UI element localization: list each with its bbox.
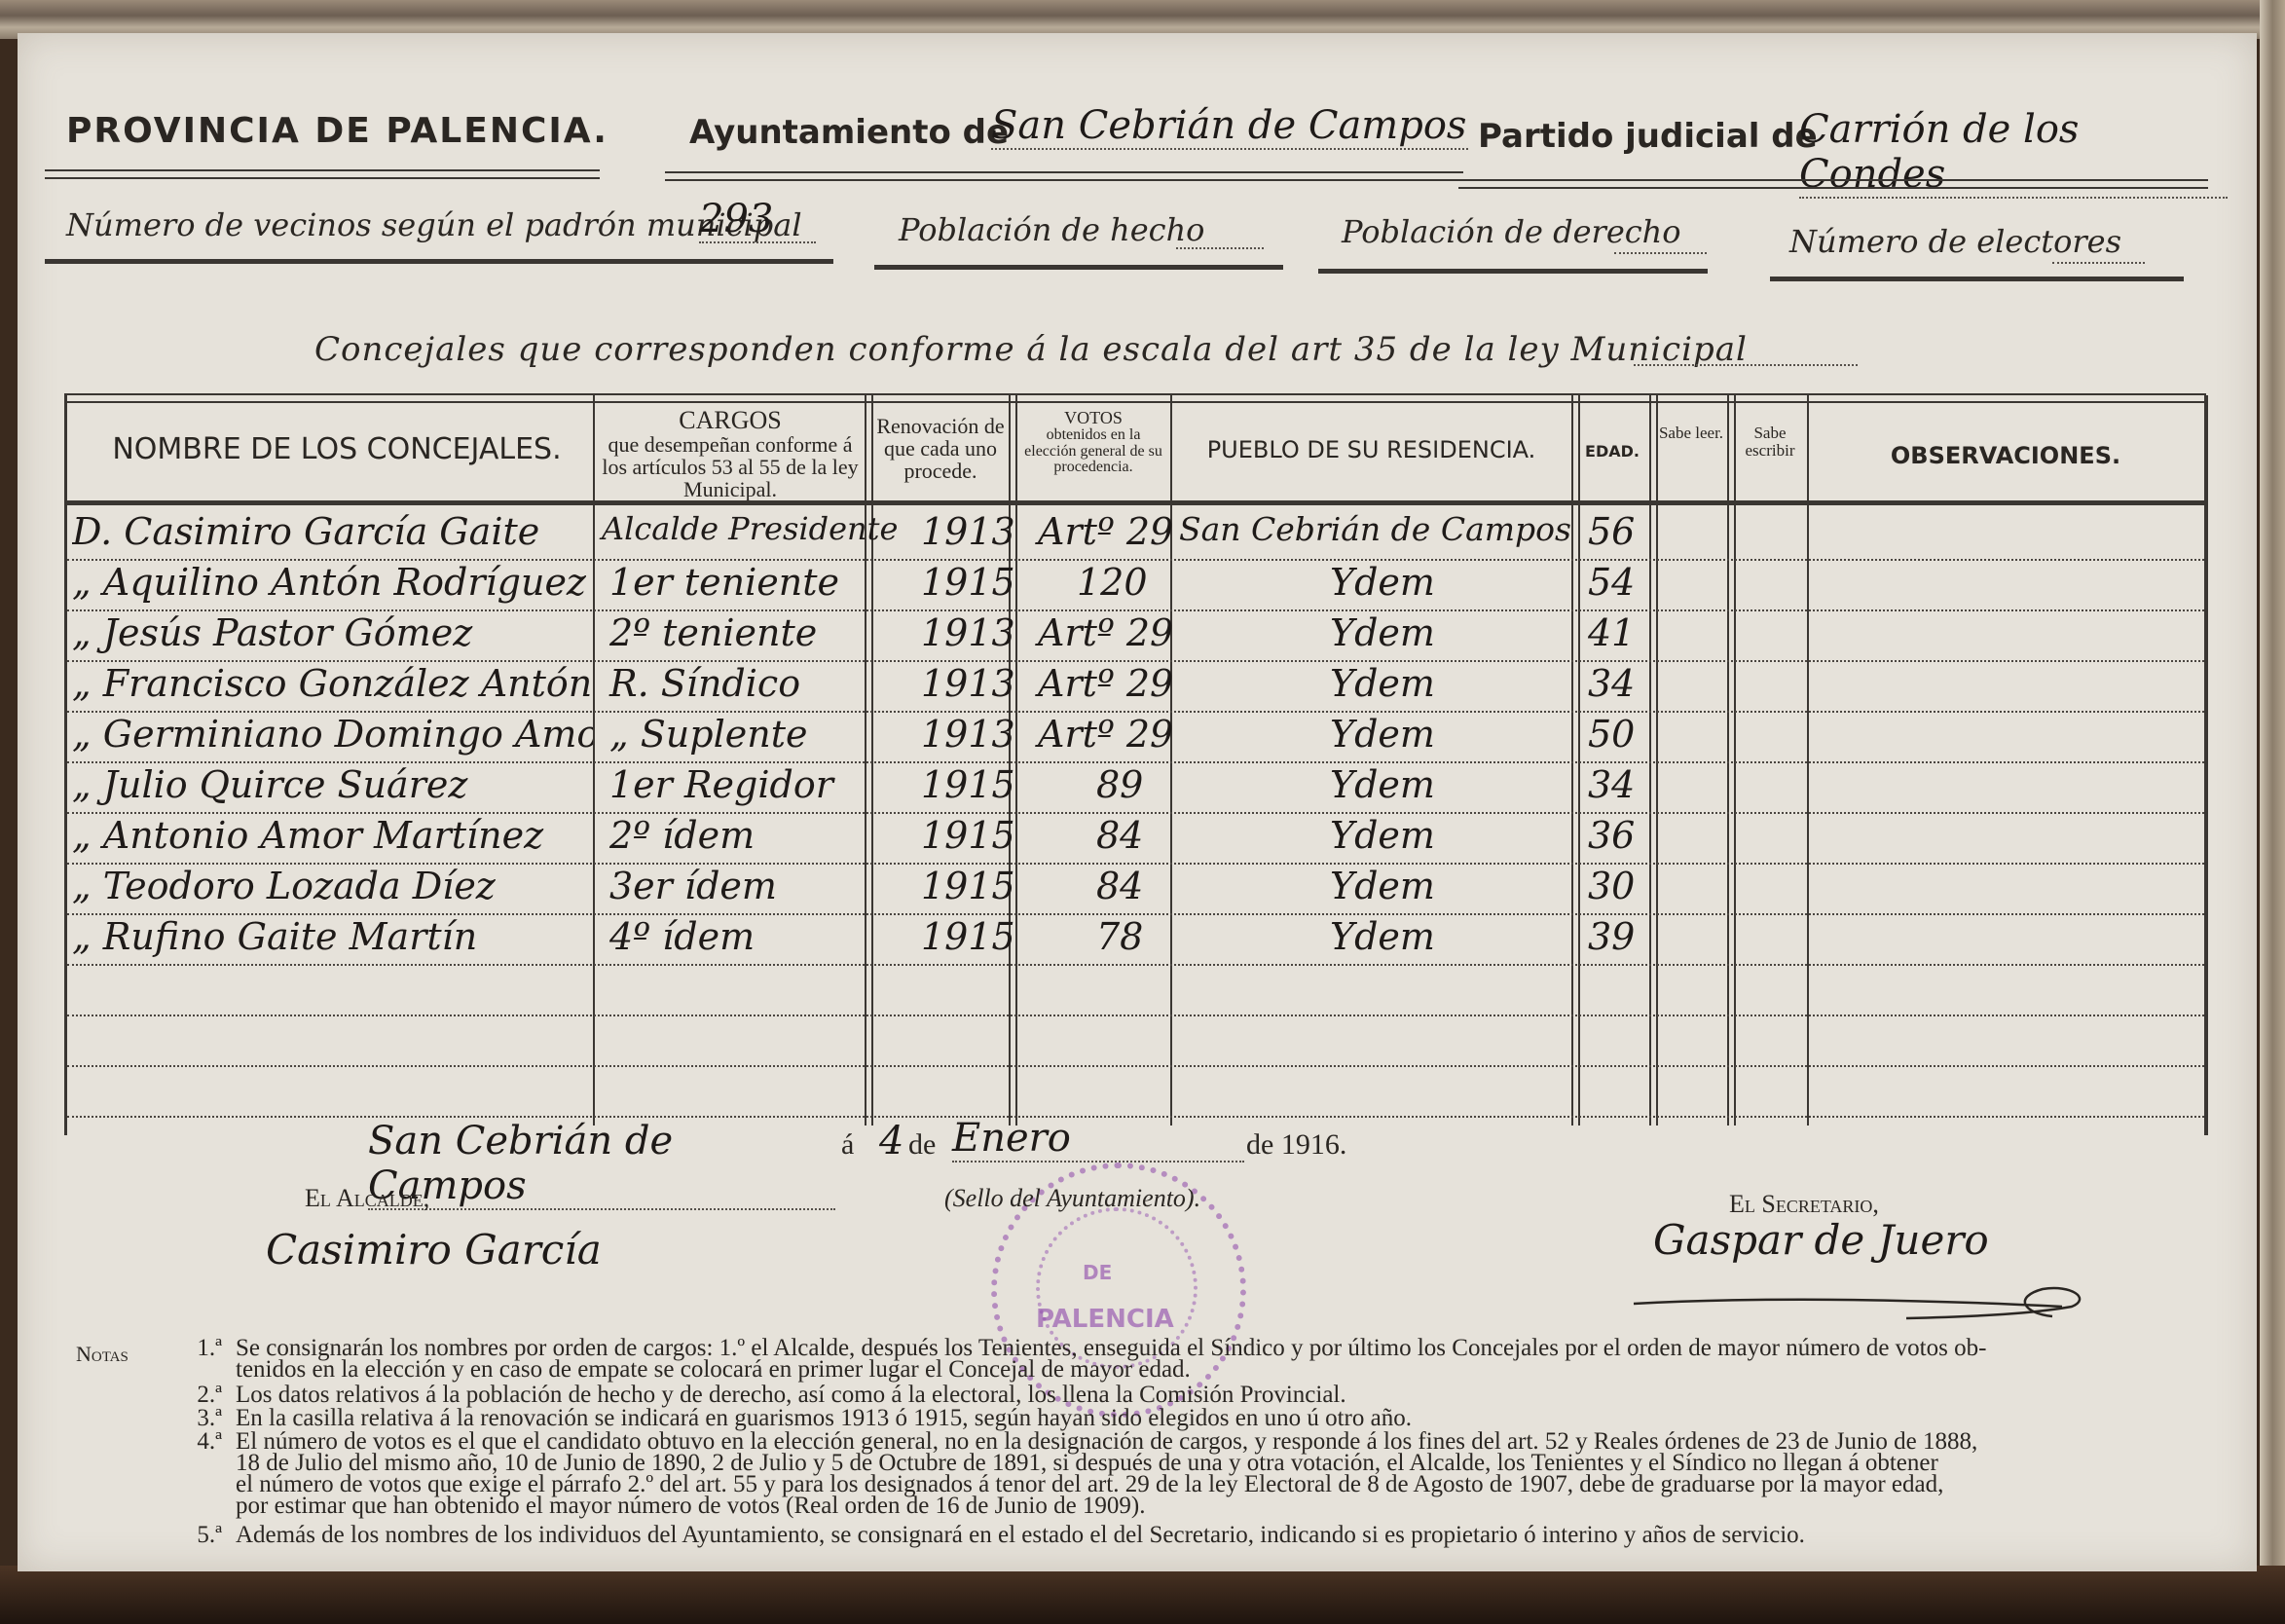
col-header-votos-sub: obtenidos en la elección general de su p… [1018,427,1168,476]
col-header-votos-main: VOTOS [1018,409,1168,427]
cell-cargo: 2º teniente [609,611,817,654]
footer-de: de [908,1128,936,1162]
cell-edad: 30 [1588,865,1635,907]
cell-nombre: „ Germiniano Domingo Amor [72,713,593,756]
table-left-border [64,395,67,1135]
cell-renovacion: 1915 [921,915,1015,958]
cell-nombre: „ Antonio Amor Martínez [72,814,543,857]
cell-nombre: „ Aquilino Antón Rodríguez [72,561,593,604]
alcalde-label: El Alcalde, [305,1184,429,1213]
cell-votos: 84 [1096,865,1143,907]
stamp-text-mid: DE [1083,1261,1112,1284]
hecho-label: Población de hecho [899,211,1204,248]
header-bottom-rule [67,500,2204,505]
divider [665,171,1463,181]
footer-day[interactable]: 4 [879,1119,903,1163]
cell-renovacion: 1915 [921,763,1015,806]
secretario-label: El Secretario, [1729,1190,1879,1219]
col-header-cargos-main: CARGOS [598,407,863,433]
note-continuation: por estimar que han obtenido el mayor nú… [173,1495,1977,1517]
secretario-flourish [1614,1260,2101,1328]
row-rule [67,964,2204,966]
document-page: PROVINCIA DE PALENCIA. Ayuntamiento de S… [18,33,2257,1571]
cell-nombre: „ Jesús Pastor Gómez [72,611,472,654]
divider [45,169,600,179]
footer-a: á [841,1128,854,1162]
note-number: 1.ª [173,1338,222,1359]
cell-edad: 41 [1588,611,1635,654]
empty-row-rule [67,1015,2204,1016]
cell-votos: Artº 29 [1038,611,1173,654]
cell-pueblo: Ydem [1330,865,1435,907]
cell-cargo: 1er Regidor [609,763,833,806]
cell-edad: 56 [1588,510,1635,553]
vecinos-value[interactable]: 293 [699,197,816,243]
secretario-signature: Gaspar de Juero [1653,1216,1989,1264]
cell-renovacion: 1913 [921,611,1015,654]
col-header-edad: EDAD. [1575,444,1649,461]
col-header-pueblo: PUEBLO DE SU RESIDENCIA. [1174,438,1568,462]
stamp-text-bottom: PALENCIA [1036,1305,1174,1334]
cell-cargo: 3er ídem [609,865,777,907]
footer-place[interactable]: San Cebrián de Campos [368,1119,835,1210]
cell-pueblo: Ydem [1330,915,1435,958]
col-header-leer: Sabe leer. [1657,424,1725,442]
table-top-border [64,393,2206,403]
note-text: Además de los nombres de los individuos … [236,1522,1805,1548]
cell-pueblo: Ydem [1330,561,1435,604]
note-item: 3.ªEn la casilla relativa á la renovació… [173,1408,1412,1429]
divider [1318,269,1708,274]
cell-cargo: 1er teniente [609,561,839,604]
footer-year: de 1916. [1246,1128,1346,1162]
cell-votos: 84 [1096,814,1143,857]
note-item: 4.ªEl número de votos es el que el candi… [173,1431,1977,1517]
cell-nombre: „ Teodoro Lozada Díez [72,865,496,907]
province-title: PROVINCIA DE PALENCIA. [66,111,608,151]
cell-edad: 36 [1588,814,1635,857]
cell-votos: Artº 29 [1038,713,1173,756]
cell-pueblo: San Cebrián de Campos [1179,510,1571,548]
ayuntamiento-label: Ayuntamiento de [689,113,1009,152]
partido-label: Partido judicial de [1478,117,1818,156]
cell-cargo: „ Suplente [609,713,807,756]
cell-votos: 120 [1077,561,1148,604]
divider [1770,277,2184,281]
cell-nombre: „ Julio Quirce Suárez [72,763,467,806]
cell-pueblo: Ydem [1330,814,1435,857]
empty-row-rule [67,1065,2204,1067]
cell-edad: 50 [1588,713,1635,756]
cell-pueblo: Ydem [1330,763,1435,806]
notes-label: Notas [76,1344,129,1365]
note-text: En la casilla relativa á la renovación s… [236,1405,1412,1431]
ayuntamiento-value[interactable]: San Cebrián de Campos [991,103,1468,150]
divider [1458,179,2208,189]
col-header-observaciones: OBSERVACIONES. [1811,444,2200,468]
note-number: 4.ª [173,1431,222,1453]
note-text: Los datos relativos á la población de he… [236,1382,1346,1408]
vecinos-label: Número de vecinos según el padrón munici… [66,206,802,243]
concejales-title: Concejales que corresponden conforme á l… [314,330,1748,369]
book-edge-bottom [0,1566,2285,1624]
sello-label: (Sello del Ayuntamiento). [944,1184,1200,1213]
cell-cargo: R. Síndico [609,662,800,705]
cell-renovacion: 1915 [921,865,1015,907]
cell-votos: 89 [1096,763,1143,806]
cell-pueblo: Ydem [1330,662,1435,705]
cell-renovacion: 1913 [921,713,1015,756]
derecho-value[interactable] [1614,233,1707,254]
electores-value[interactable] [2052,242,2145,264]
book-edge-right [2260,0,2285,1624]
cell-nombre: D. Casimiro García Gaite [72,510,593,553]
note-number: 2.ª [173,1384,222,1406]
note-continuation: tenidos en la elección y en caso de empa… [173,1359,1986,1381]
hecho-value[interactable] [1176,228,1264,249]
footer-month[interactable]: Enero [952,1116,1244,1163]
note-number: 5.ª [173,1525,222,1546]
cell-edad: 39 [1588,915,1635,958]
divider [874,265,1283,270]
divider [45,259,833,264]
cell-renovacion: 1915 [921,814,1015,857]
alcalde-signature: Casimiro García [266,1226,602,1273]
dotted-leader [1634,364,1858,366]
cell-nombre: „ Francisco González Antón [72,662,593,705]
note-item: 5.ªAdemás de los nombres de los individu… [173,1525,1805,1546]
col-header-escribir: Sabe escribir [1735,424,1805,460]
note-number: 3.ª [173,1408,222,1429]
cell-pueblo: Ydem [1330,713,1435,756]
cell-votos: Artº 29 [1038,510,1173,553]
cell-edad: 54 [1588,561,1635,604]
col-header-cargos: CARGOS que desempeñan conforme á los art… [598,407,863,501]
cell-edad: 34 [1588,763,1635,806]
cell-cargo: Alcalde Presidente [602,510,898,547]
cell-nombre: „ Rufino Gaite Martín [72,915,477,958]
cell-renovacion: 1913 [921,662,1015,705]
col-header-cargos-sub: que desempeñan conforme á los artículos … [598,433,863,500]
cell-votos: Artº 29 [1038,662,1173,705]
col-header-renovacion: Renovación de que cada uno procede. [874,415,1007,482]
cell-pueblo: Ydem [1330,611,1435,654]
col-header-nombre: NOMBRE DE LOS CONCEJALES. [84,434,590,465]
cell-cargo: 4º ídem [609,915,755,958]
cell-renovacion: 1913 [921,510,1015,553]
note-item: 1.ªSe consignarán los nombres por orden … [173,1338,1986,1381]
cell-votos: 78 [1096,915,1143,958]
cell-cargo: 2º ídem [609,814,755,857]
cell-edad: 34 [1588,662,1635,705]
cell-renovacion: 1915 [921,561,1015,604]
col-header-votos: VOTOS obtenidos en la elección general d… [1018,409,1168,476]
concejales-table: NOMBRE DE LOS CONCEJALES. CARGOS que des… [64,395,2206,1135]
table-right-border [2204,395,2208,1135]
note-item: 2.ªLos datos relativos á la población de… [173,1384,1346,1406]
